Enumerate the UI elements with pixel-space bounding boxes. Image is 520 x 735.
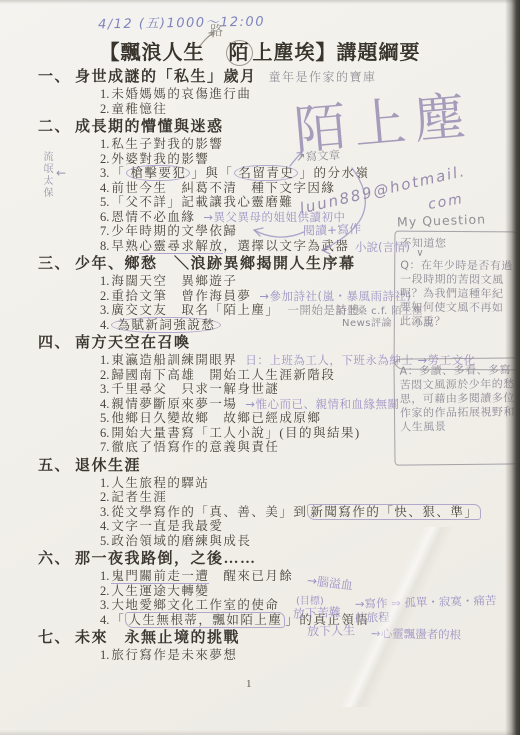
item-number: 2. — [100, 152, 109, 166]
item-number: 1. — [100, 353, 109, 367]
item-text: 開始大量書寫「工人小說」(目的與結果) — [111, 426, 360, 440]
item-text: 」的分水嶺 — [299, 166, 369, 180]
item-text: 從文學寫作的「真、善、美」到 — [111, 505, 307, 519]
item-number: 4. — [100, 318, 109, 332]
section-title: 成長期的懵懂與迷惑 — [75, 119, 224, 136]
item-text: 政治領域的磨練與成長 — [111, 534, 251, 548]
section-title: 少年、鄉愁 ＼浪跡異鄉揭開人生序幕 — [75, 256, 356, 273]
note-soul-root: →心靈飄盪者的根 — [371, 625, 461, 643]
item-number: 1. — [100, 87, 109, 101]
outline-item: 1.人生旅程的驛站 — [100, 476, 520, 491]
item-number: 2. — [100, 289, 109, 303]
section-title: 未來 永無止境的挑戰 — [75, 630, 240, 647]
item-text: 前世今生 糾葛不清 種下文字因緣 — [111, 181, 335, 195]
item-text: 私生子對我的影響 — [111, 137, 223, 151]
title-circled-char: 陌 — [226, 40, 253, 66]
compare-line-2: News評論 小說 — [342, 318, 434, 330]
item-text: 「 — [111, 166, 125, 180]
item-text: 」與「 — [191, 166, 233, 180]
item-text: 童稚憶往 — [111, 102, 167, 116]
item-number: 6. — [100, 210, 109, 224]
item-number: 1. — [100, 569, 109, 583]
title-text-post: 上塵埃】講題綱要 — [253, 42, 421, 64]
section-number: 五、 — [38, 458, 75, 475]
underlined-phrase: 心靈尋求解放 — [139, 239, 223, 254]
outline-item: 4.文字一直是我最愛 — [100, 519, 520, 534]
section-1-heading: 一、身世成謎的「私生」歲月童年是作家的寶庫 — [38, 69, 520, 86]
item-number: 4. — [100, 181, 109, 195]
my-question-label: My Question — [397, 211, 487, 229]
item-text: 廣交文友 取名「陌上塵」 — [111, 303, 279, 317]
answer-text: 苦悶文風源於少年的愁思，可藉由多閱讀多位作家的作品拓展視野和人生風景 — [400, 377, 515, 433]
item-number: 3. — [100, 598, 109, 612]
outline-item: 3.從文學寫作的「真、善、美」到新聞寫作的「快、狠、準」 — [100, 505, 520, 520]
item-number: 3. — [100, 382, 109, 396]
scanned-lecture-outline-page: 【飄浪人生 陌上塵埃】講題綱要 一、身世成謎的「私生」歲月童年是作家的寶庫 1.… — [0, 0, 520, 735]
item-text: 大地愛鄉文化工作室的使命 — [111, 598, 279, 612]
item-number: 1. — [100, 137, 109, 151]
margin-note-hooligan: 流氓太保 — [39, 151, 54, 199]
compare-note: 陌上桑 c.f. 陌上塵 News評論 小說 — [336, 306, 434, 330]
section-title: 那一夜我路倒，之後…… — [75, 551, 257, 568]
circled-phrase: 名留青史 — [234, 165, 298, 181]
note-poetry-society: →參加詩社(嵐・暴風雨詩社) — [259, 289, 411, 303]
section-title: 身世成謎的「私生」歲月 — [75, 69, 257, 86]
compare-line-1: 陌上桑 c.f. 陌上塵 — [336, 306, 434, 318]
item-number: 1. — [100, 648, 109, 662]
item-text: 千里尋父 只求一解身世謎 — [111, 382, 279, 396]
item-text: 海闊天空 異鄉遊子 — [111, 274, 237, 288]
circled-phrase: 為賦新詞強說愁 — [111, 317, 221, 333]
section-number: 一、 — [38, 69, 75, 86]
item-number: 8. — [100, 239, 109, 253]
item-text: 歸國南下高雄 開始工人生涯新階段 — [111, 368, 335, 382]
section-number: 四、 — [38, 335, 75, 352]
section-5: 五、退休生涯 1.人生旅程的驛站 2.記者生涯 3.從文學寫作的「真、善、美」到… — [0, 458, 520, 549]
circled-phrase: 槍擊要犯 — [126, 165, 190, 181]
page-number: 1 — [246, 678, 252, 690]
section-6-heading: 六、那一夜我路倒，之後…… — [38, 551, 520, 568]
item-number: 6. — [100, 426, 109, 440]
section-number: 六、 — [38, 551, 75, 568]
boxed-phrase: 人生無根蒂，飄如陌上塵 — [125, 612, 285, 628]
section-number: 三、 — [38, 256, 75, 273]
section-number: 二、 — [38, 119, 75, 136]
underlined-phrase: 鬼門關前走一遭 — [111, 569, 209, 584]
section-title: 南方天空在召喚 — [75, 335, 191, 352]
item-text: 記者生涯 — [111, 490, 167, 504]
road-character-note: 路 — [210, 20, 223, 39]
item-number: 5. — [100, 411, 109, 425]
boxed-phrase: 新聞寫作的「快、狠、準」 — [307, 504, 481, 520]
note-writing-journey: →寫作 ⇒ 孤單・寂寞・痛苦的旅程 — [355, 593, 508, 625]
note-childhood-treasury: 童年是作家的寶庫 — [269, 69, 377, 86]
item-number: 5. — [100, 534, 109, 548]
item-number: 1. — [100, 274, 109, 288]
item-number: 2. — [100, 490, 109, 504]
item-text: 醒來已月餘 — [209, 569, 293, 583]
item-text: 徹底了悟寫作的意義與責任 — [111, 440, 279, 454]
outline-item: 1.旅行寫作是未來夢想 — [100, 648, 520, 663]
item-text: 親情夢斷原來夢一場 — [111, 397, 237, 411]
item-number: 1. — [100, 476, 109, 490]
outline-item: 2.記者生涯 — [100, 490, 520, 505]
item-number: 5. — [100, 195, 109, 209]
answer-box: A：多讀、多看、多寫 苦悶文風源於少年的愁思，可藉由多閱讀多位作家的作品拓展視野… — [393, 357, 520, 465]
item-text: 外婆對我的影響 — [111, 152, 209, 166]
section-number: 七、 — [38, 630, 75, 647]
item-text: 「 — [111, 613, 125, 627]
item-number: 3. — [100, 303, 109, 317]
item-text: 東瀛造船訓練開眼界 — [111, 353, 237, 367]
item-text: ，選擇以文字為武器 — [223, 239, 349, 253]
check-mark: ∨ — [416, 249, 514, 260]
item-number: 2. — [100, 584, 109, 598]
item-number: 4. — [100, 613, 109, 627]
item-number: 4. — [100, 397, 109, 411]
item-number: 3. — [100, 505, 109, 519]
item-text: 文字一直是我最愛 — [111, 519, 223, 533]
outline-item: 5.政治領域的磨練與成長 — [100, 534, 520, 549]
note-heart-only: →惟心而已、親情和血緣無關 — [245, 397, 399, 411]
item-text: 旅行寫作是未來夢想 — [111, 648, 237, 662]
scan-edge-shadow-bottom — [0, 730, 520, 735]
note-put-down-life: 放下人生 — [307, 622, 355, 640]
title-text-pre: 【飄浪人生 — [100, 42, 226, 64]
answer-line: A：多讀、多看、多寫 — [400, 363, 516, 378]
item-text: 人生運途大轉變 — [111, 584, 209, 598]
note-reading-writing: 閱讀+寫作 — [303, 220, 362, 239]
item-text: 「父不詳」記載讓我心靈磨難 — [111, 195, 293, 209]
item-number: 7. — [100, 224, 109, 238]
item-text: 重拾文筆 曾作海員夢 — [111, 289, 251, 303]
date-note: 4/12 (五)1000～12:00 — [98, 11, 265, 33]
item-text: 早熟 — [111, 239, 139, 253]
section-title: 退休生涯 — [75, 458, 141, 475]
note-put-down-suffering: 放下苦難 — [293, 603, 342, 622]
item-text: 人生旅程的驛站 — [111, 476, 209, 490]
item-number: 2. — [100, 102, 109, 116]
question-box: 不知道您 ∨ Q：在年少時是否有過一段時期的苦悶文風呢？為我們這種年紀要如何使文… — [394, 231, 520, 371]
item-text: 恩情不必血緣 — [111, 210, 195, 224]
item-number: 4. — [100, 519, 109, 533]
item-text: 少年時期的文學依歸 — [111, 224, 237, 238]
hooligan-arrow: ← — [56, 166, 66, 180]
item-text: 未婚媽媽的哀傷進行曲 — [111, 87, 251, 101]
item-text: 他鄉日久變故鄉 故鄉已經成原鄉 — [111, 411, 321, 425]
item-number: 3. — [100, 166, 109, 180]
item-number: 7. — [100, 440, 109, 454]
item-number: 2. — [100, 368, 109, 382]
